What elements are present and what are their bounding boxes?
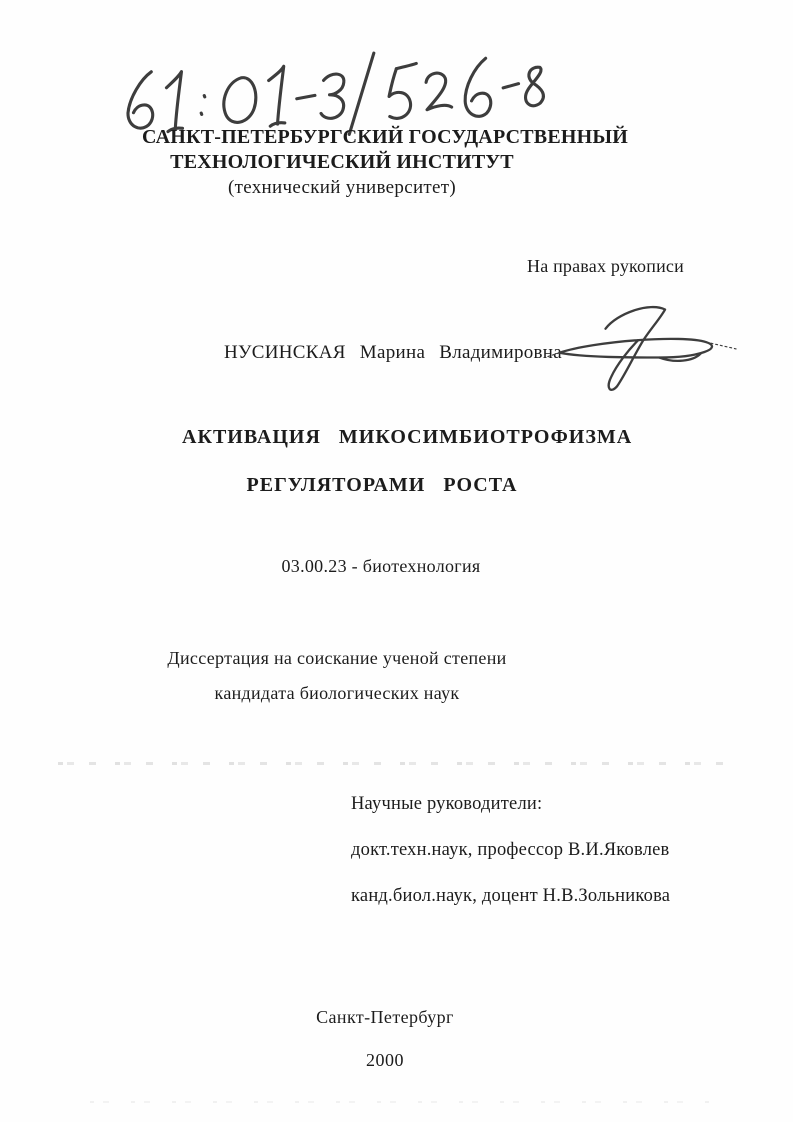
manuscript-note: На правах рукописи	[527, 256, 684, 277]
advisor-2: канд.биол.наук, доцент Н.В.Зольникова	[351, 886, 731, 906]
institution-line1: САНКТ-ПЕТЕРБУРГСКИЙ ГОСУДАРСТВЕННЫЙ	[142, 125, 542, 150]
author-name: НУСИНСКАЯ Марина Владимировна	[224, 342, 562, 364]
institution-header: САНКТ-ПЕТЕРБУРГСКИЙ ГОСУДАРСТВЕННЫЙ ТЕХН…	[142, 125, 542, 200]
title-line2: РЕГУЛЯТОРАМИ РОСТА	[182, 474, 582, 497]
signature	[546, 296, 738, 396]
advisors-heading: Научные руководители:	[351, 794, 731, 814]
thesis-line1: Диссертация на соискание ученой степени	[137, 648, 537, 669]
dissertation-title-page: САНКТ-ПЕТЕРБУРГСКИЙ ГОСУДАРСТВЕННЫЙ ТЕХН…	[0, 0, 793, 1122]
advisors-block: Научные руководители: докт.техн.наук, пр…	[351, 794, 731, 906]
advisor-1: докт.техн.наук, профессор В.И.Яковлев	[351, 840, 731, 860]
title-line1: АКТИВАЦИЯ МИКОСИМБИОТРОФИЗМА	[182, 426, 582, 449]
year: 2000	[185, 1050, 585, 1071]
dissertation-title: АКТИВАЦИЯ МИКОСИМБИОТРОФИЗМА РЕГУЛЯТОРАМ…	[182, 426, 582, 497]
thesis-statement: Диссертация на соискание ученой степени …	[137, 648, 537, 704]
institution-line3: (технический университет)	[142, 175, 542, 200]
institution-line2: ТЕХНОЛОГИЧЕСКИЙ ИНСТИТУТ	[142, 150, 542, 175]
scan-artifact-line-bottom	[90, 1101, 710, 1103]
scan-artifact-line	[58, 762, 742, 765]
signature-strokes	[546, 296, 738, 396]
city: Санкт-Петербург	[185, 1007, 585, 1028]
thesis-line2: кандидата биологических наук	[137, 683, 537, 704]
specialty-code: 03.00.23 - биотехнология	[181, 556, 581, 577]
